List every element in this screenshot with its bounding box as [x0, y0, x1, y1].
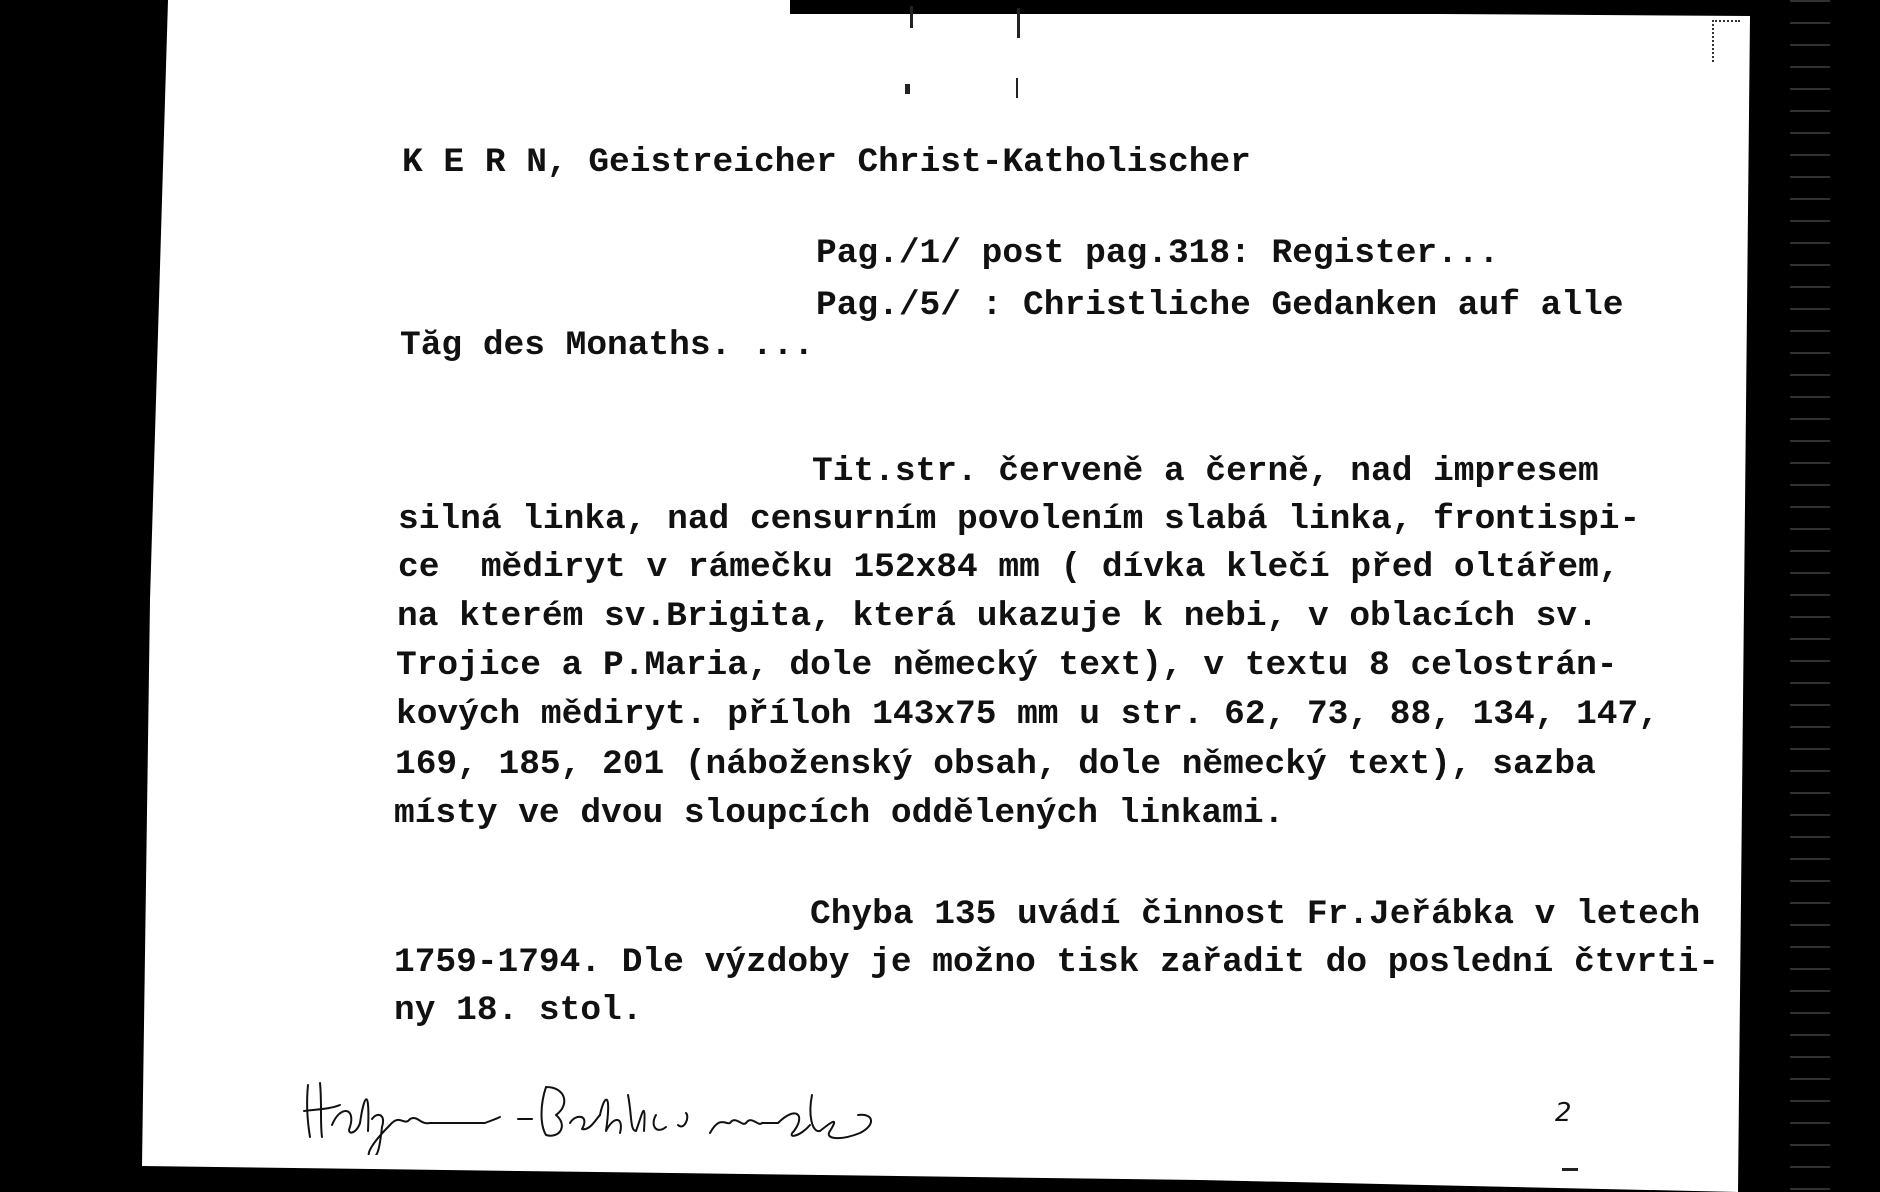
- description-line: místy ve dvou sloupcích oddělených linka…: [394, 797, 1284, 832]
- scan-artifact: [1562, 1168, 1578, 1171]
- scan-artifact: [1712, 20, 1740, 62]
- note-line: 1759-1794. Dle výzdoby je možno tisk zař…: [394, 946, 1719, 981]
- page-ref-line-1: Pag./1/ post pag.318: Register...: [816, 237, 1499, 272]
- note-line: ny 18. stol.: [394, 994, 642, 1029]
- scan-edge-noise: [1790, 0, 1830, 1192]
- description-line: na kterém sv.Brigita, která ukazuje k ne…: [397, 600, 1598, 635]
- page-ref-line-3: Tăg des Monaths. ...: [400, 329, 814, 364]
- description-line: silná linka, nad censurním povolením sla…: [398, 503, 1640, 538]
- scan-artifact: [1017, 8, 1020, 38]
- page-ref-line-2: Pag./5/ : Christliche Gedanken auf alle: [816, 289, 1623, 324]
- card-heading: K E R N, Geistreicher Christ-Katholische…: [402, 146, 1251, 181]
- scan-artifact: [905, 84, 910, 94]
- scan-border-top: [790, 0, 1750, 14]
- scan-artifact: [910, 6, 913, 28]
- handwritten-signature: [300, 1075, 900, 1155]
- note-line: Chyba 135 uvádí činnost Fr.Jeřábka v let…: [810, 898, 1700, 933]
- description-line: ce mědiryt v rámečku 152x84 mm ( dívka k…: [398, 551, 1620, 586]
- description-line: Trojice a P.Maria, dole německý text), v…: [396, 649, 1618, 684]
- description-line: kových mědiryt. příloh 143x75 mm u str. …: [396, 698, 1659, 733]
- page-number-mark: 2: [1555, 1098, 1572, 1128]
- description-line: 169, 185, 201 (náboženský obsah, dole ně…: [395, 748, 1596, 783]
- description-line: Tit.str. červeně a černě, nad impresem: [812, 455, 1599, 490]
- scan-artifact: [1016, 78, 1018, 98]
